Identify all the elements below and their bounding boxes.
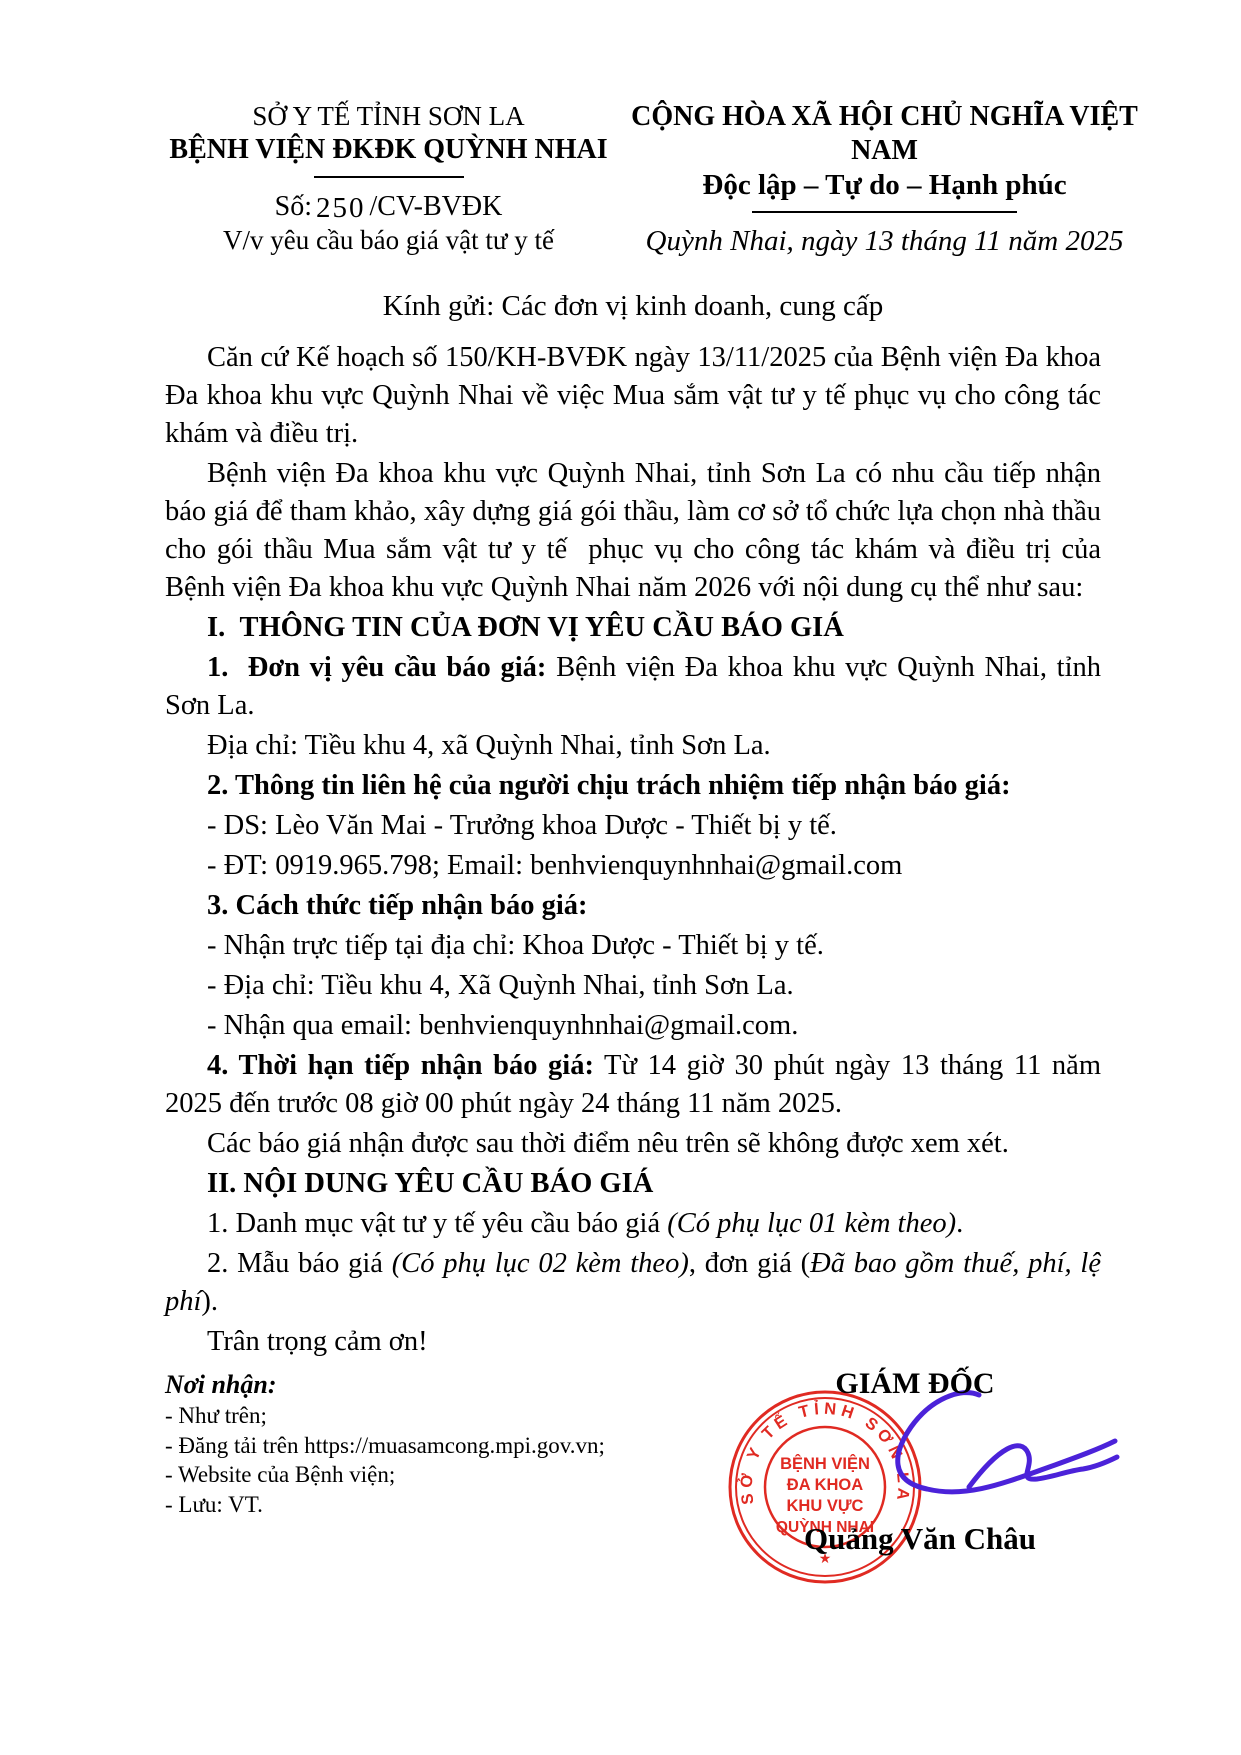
issuing-org-block: SỞ Y TẾ TỈNH SƠN LA BỆNH VIỆN ĐKĐK QUỲNH… [165,100,612,258]
recipient-item: - Lưu: VT. [165,1490,605,1520]
appendix2-end: ). [201,1286,218,1317]
item4-label: 4. Thời hạn tiếp nhận báo giá: [207,1050,594,1081]
signer-name: Quảng Văn Châu [787,1521,1053,1557]
appendix2-mid: , đơn giá ( [689,1248,810,1279]
document-number-value: 250 [316,192,366,225]
letter-header: SỞ Y TẾ TỈNH SƠN LA BỆNH VIỆN ĐKĐK QUỲNH… [165,100,1157,258]
section1-item2-heading: 2. Thông tin liên hệ của người chịu trác… [165,767,1101,805]
deadline-note: Các báo giá nhận được sau thời điểm nêu … [165,1125,1101,1163]
section1-item3-heading: 3. Cách thức tiếp nhận báo giá: [165,887,1101,925]
recipient-item: - Website của Bệnh viện; [165,1460,605,1490]
letter-body: Căn cứ Kế hoạch số 150/KH-BVĐK ngày 13/1… [165,339,1101,1361]
section1-item4: 4. Thời hạn tiếp nhận báo giá: Từ 14 giờ… [165,1047,1101,1123]
appendix1-end: . [956,1208,963,1239]
director-title: GIÁM ĐỐC [765,1367,1065,1401]
national-motto: Độc lập – Tự do – Hạnh phúc [612,168,1157,202]
national-header-block: CỘNG HÒA XÃ HỘI CHỦ NGHĨA VIỆT NAM Độc l… [612,100,1157,258]
document-number-line: Số:250/CV-BVĐK [165,190,612,223]
recipient-item: - Đăng tải trên https://muasamcong.mpi.g… [165,1431,605,1461]
document-number-suffix: /CV-BVĐK [370,191,503,222]
appendix2-text: 2. Mẫu báo giá [207,1248,392,1279]
signature-footer: Nơi nhận: - Như trên; - Đăng tải trên ht… [165,1363,1101,1755]
method-direct-line: - Nhận trực tiếp tại địa chỉ: Khoa Dược … [165,927,1101,965]
address-line: Địa chỉ: Tiều khu 4, xã Quỳnh Nhai, tỉnh… [165,727,1101,765]
official-letter-page: SỞ Y TẾ TỈNH SƠN LA BỆNH VIỆN ĐKĐK QUỲNH… [0,0,1241,1755]
section1-heading: I. THÔNG TIN CỦA ĐƠN VỊ YÊU CẦU BÁO GIÁ [165,609,1101,647]
section2-heading: II. NỘI DUNG YÊU CẦU BÁO GIÁ [165,1165,1101,1203]
method-email-line: - Nhận qua email: benhvienquynhnhai@gmai… [165,1007,1101,1045]
paragraph-nhu-cau: Bệnh viện Đa khoa khu vực Quỳnh Nhai, tỉ… [165,455,1101,607]
appendix-item-2: 2. Mẫu báo giá (Có phụ lục 02 kèm theo),… [165,1245,1101,1321]
appendix1-italic: (Có phụ lục 01 kèm theo) [667,1208,956,1239]
parent-org-name: SỞ Y TẾ TỈNH SƠN LA [165,100,612,133]
place-date-line: Quỳnh Nhai, ngày 13 tháng 11 năm 2025 [612,224,1157,258]
section1-item1: 1. Đơn vị yêu cầu báo giá: Bệnh viện Đa … [165,649,1101,725]
method-address-line: - Địa chỉ: Tiều khu 4, Xã Quỳnh Nhai, tỉ… [165,967,1101,1005]
contact-person-line: - DS: Lèo Văn Mai - Trưởng khoa Dược - T… [165,807,1101,845]
org-divider [314,176,464,178]
appendix2-italic: (Có phụ lục 02 kèm theo) [392,1248,689,1279]
document-subject: V/v yêu cầu báo giá vật tư y tế [165,223,612,257]
recipient-item: - Như trên; [165,1401,605,1431]
appendix-item-1: 1. Danh mục vật tư y tế yêu cầu báo giá … [165,1205,1101,1243]
recipients-label: Nơi nhận: [165,1369,605,1401]
national-title: CỘNG HÒA XÃ HỘI CHỦ NGHĨA VIỆT NAM [612,100,1157,168]
closing-line: Trân trọng cảm ơn! [165,1323,1101,1361]
director-signature [851,1387,1123,1521]
paragraph-can-cu: Căn cứ Kế hoạch số 150/KH-BVĐK ngày 13/1… [165,339,1101,453]
appendix1-text: 1. Danh mục vật tư y tế yêu cầu báo giá [207,1208,667,1239]
motto-divider [752,211,1017,213]
recipients-block: Nơi nhận: - Như trên; - Đăng tải trên ht… [165,1369,605,1519]
contact-phone-line: - ĐT: 0919.965.798; Email: benhvienquynh… [165,847,1101,885]
salutation: Kính gửi: Các đơn vị kinh doanh, cung cấ… [165,290,1101,323]
item1-label: 1. Đơn vị yêu cầu báo giá: [207,652,546,683]
org-name: BỆNH VIỆN ĐKĐK QUỲNH NHAI [165,133,612,166]
signature-ink-graphic [851,1387,1123,1521]
document-number-label: Số: [275,191,312,222]
